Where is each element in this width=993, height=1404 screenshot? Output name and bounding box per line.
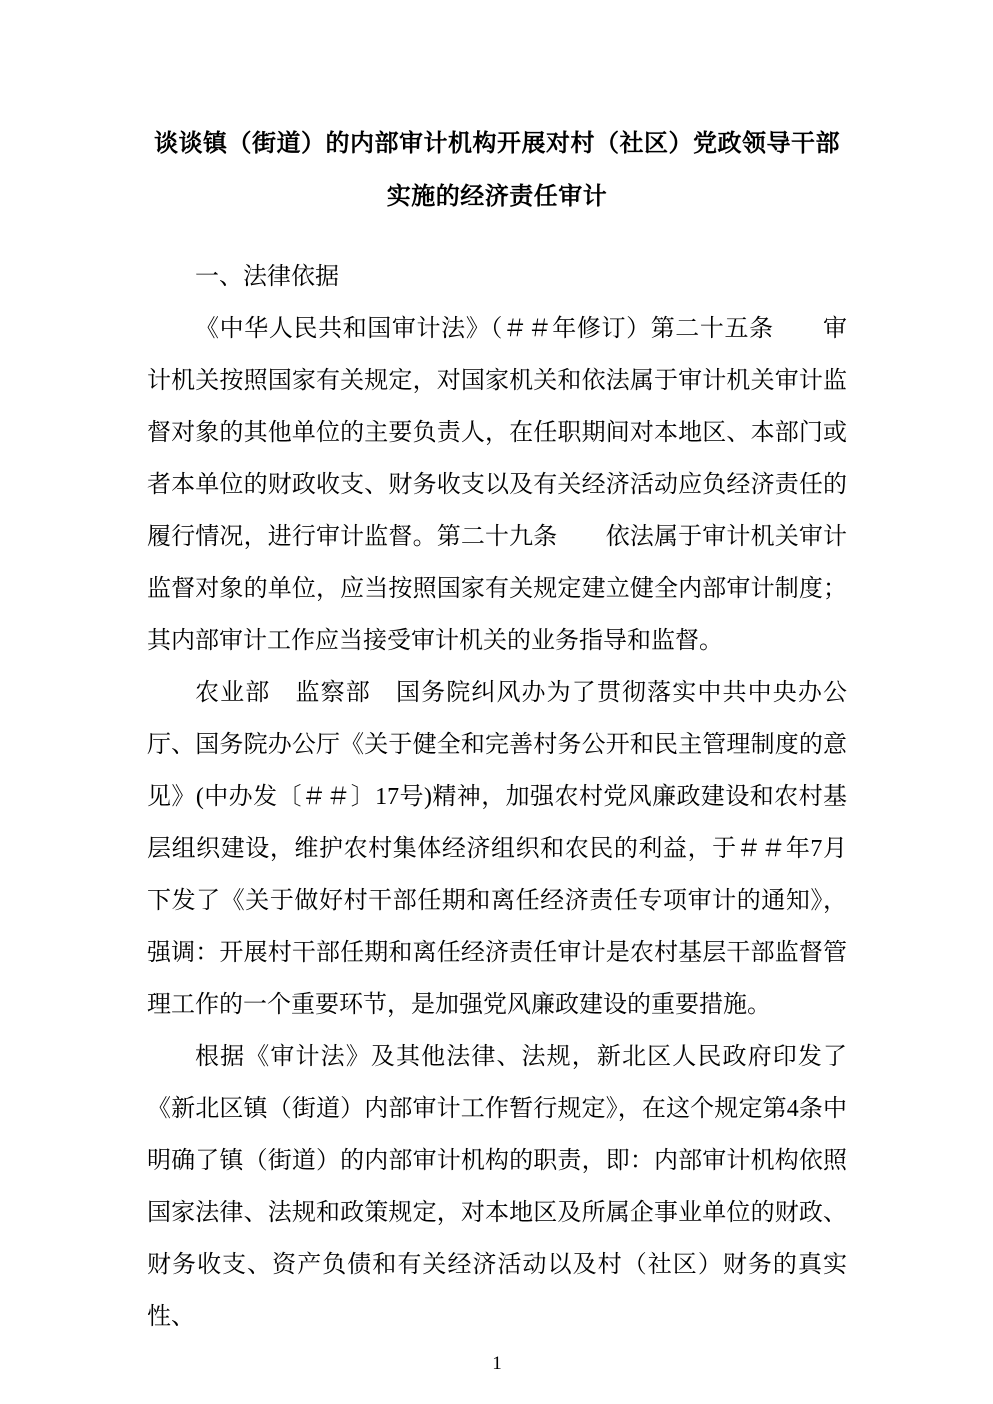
section-heading: 一、法律依据 <box>147 251 847 303</box>
document-title: 谈谈镇（街道）的内部审计机构开展对村（社区）党政领导干部实施的经济责任审计 <box>147 118 847 224</box>
document-body: 一、法律依据 《中华人民共和国审计法》（＃＃年修订）第二十五条 审计机关按照国家… <box>147 251 847 1343</box>
paragraph-ministry-notice: 农业部 监察部 国务院纠风办为了贯彻落实中共中央办公厅、国务院办公厅《关于健全和… <box>147 667 847 1031</box>
document-page: 谈谈镇（街道）的内部审计机构开展对村（社区）党政领导干部实施的经济责任审计 一、… <box>0 0 993 1404</box>
page-number: 1 <box>147 1352 847 1376</box>
paragraph-xinbei-regulation: 根据《审计法》及其他法律、法规，新北区人民政府印发了《新北区镇（街道）内部审计工… <box>147 1031 847 1343</box>
paragraph-legal-basis: 《中华人民共和国审计法》（＃＃年修订）第二十五条 审计机关按照国家有关规定，对国… <box>147 303 847 667</box>
